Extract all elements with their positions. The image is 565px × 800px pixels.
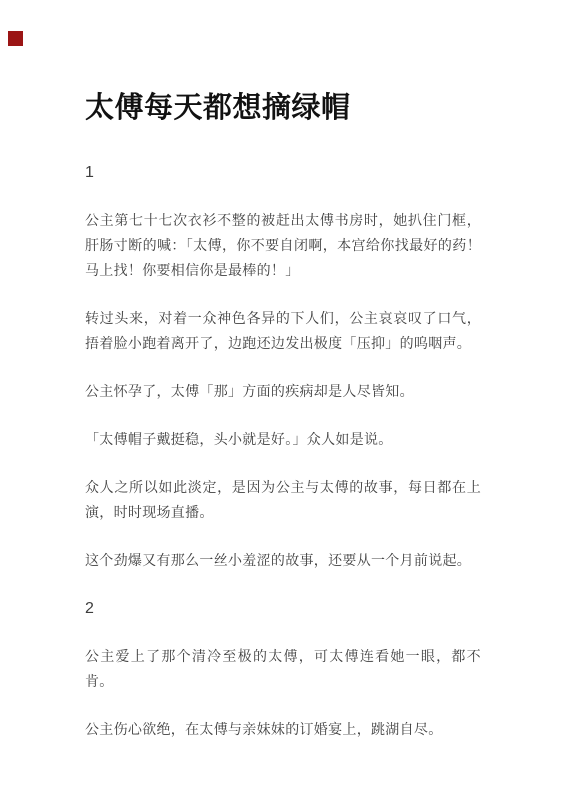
article-body: 太傅每天都想摘绿帽 1 公主第七十七次衣衫不整的被赶出太傅书房时，她扒住门框，肝… bbox=[85, 0, 481, 765]
paragraph: 公主伤心欲绝，在太傅与亲妹妹的订婚宴上，跳湖自尽。 bbox=[85, 717, 481, 742]
paragraph: 公主爱上了那个清冷至极的太傅，可太傅连看她一眼，都不肯。 bbox=[85, 644, 481, 694]
article-title: 太傅每天都想摘绿帽 bbox=[85, 90, 481, 126]
section-number-1: 1 bbox=[85, 160, 481, 185]
paragraph: 「太傅帽子戴挺稳，头小就是好。」众人如是说。 bbox=[85, 427, 481, 452]
section-number-2: 2 bbox=[85, 596, 481, 621]
paragraph: 公主第七十七次衣衫不整的被赶出太傅书房时，她扒住门框，肝肠寸断的喊：「太傅，你不… bbox=[85, 208, 481, 283]
paragraph: 这个劲爆又有那么一丝小羞涩的故事，还要从一个月前说起。 bbox=[85, 548, 481, 573]
paragraph: 公主怀孕了，太傅「那」方面的疾病却是人尽皆知。 bbox=[85, 379, 481, 404]
paragraph: 转过头来，对着一众神色各异的下人们，公主哀哀叹了口气，捂着脸小跑着离开了，边跑还… bbox=[85, 306, 481, 356]
paragraph: 众人之所以如此淡定，是因为公主与太傅的故事，每日都在上演，时时现场直播。 bbox=[85, 475, 481, 525]
red-corner-marker-icon bbox=[8, 31, 23, 46]
